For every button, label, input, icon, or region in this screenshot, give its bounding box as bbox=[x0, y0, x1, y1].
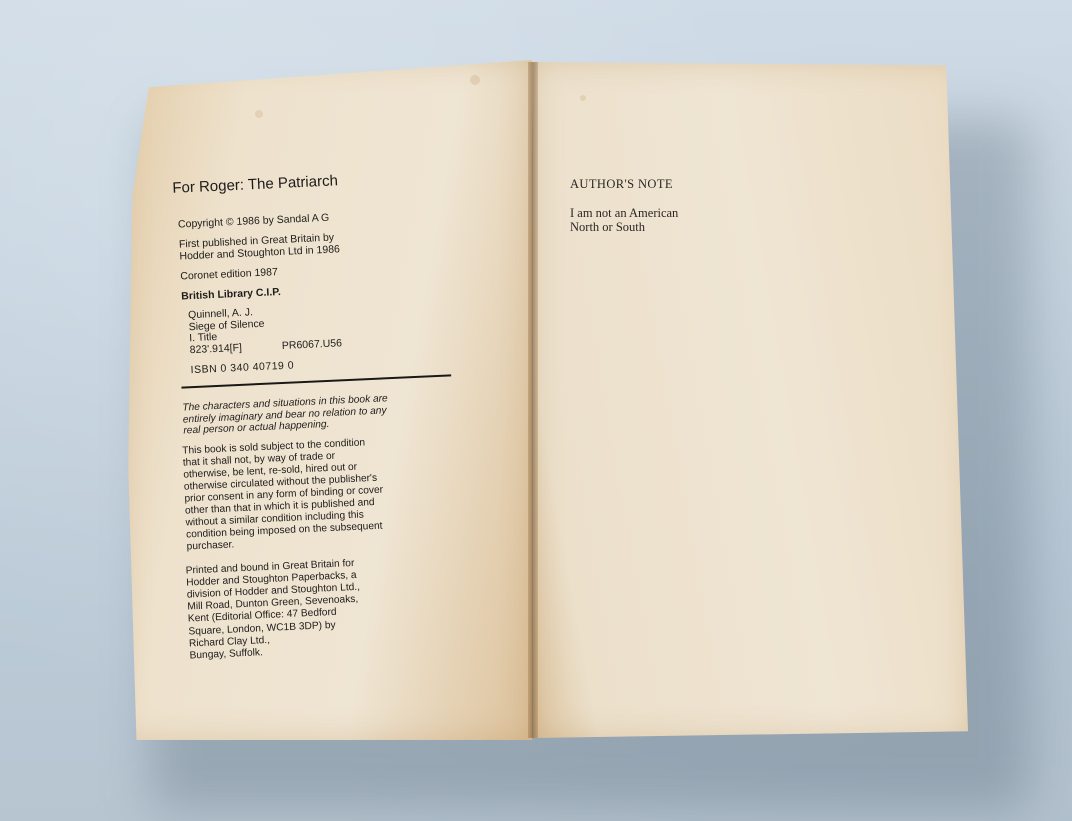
right-page bbox=[533, 62, 968, 738]
cip-lc-number: PR6067.U56 bbox=[282, 338, 343, 352]
divider-rule bbox=[181, 374, 451, 388]
paper-stain bbox=[255, 110, 263, 118]
cip-block: Quinnell, A. J. Siege of Silence I. Titl… bbox=[188, 298, 466, 356]
copyright-page-content: For Roger: The Patriarch Copyright © 198… bbox=[168, 167, 480, 663]
authors-note: AUTHOR'S NOTE I am not an American North… bbox=[570, 177, 678, 234]
fiction-disclaimer: The characters and situations in this bo… bbox=[182, 393, 393, 437]
authors-note-body: I am not an American North or South bbox=[570, 206, 678, 234]
printer-info: Printed and bound in Great Britain for H… bbox=[185, 556, 389, 663]
isbn: ISBN 0 340 40719 0 bbox=[190, 352, 466, 377]
book-gutter bbox=[528, 62, 538, 738]
first-published: First published in Great Britain by Hodd… bbox=[179, 226, 462, 263]
sale-condition: This book is sold subject to the conditi… bbox=[182, 436, 387, 553]
paper-stain bbox=[470, 75, 480, 85]
authors-note-heading: AUTHOR'S NOTE bbox=[570, 177, 678, 192]
paper-stain bbox=[580, 95, 586, 101]
cip-classification: 823'.914[F] bbox=[189, 342, 242, 356]
